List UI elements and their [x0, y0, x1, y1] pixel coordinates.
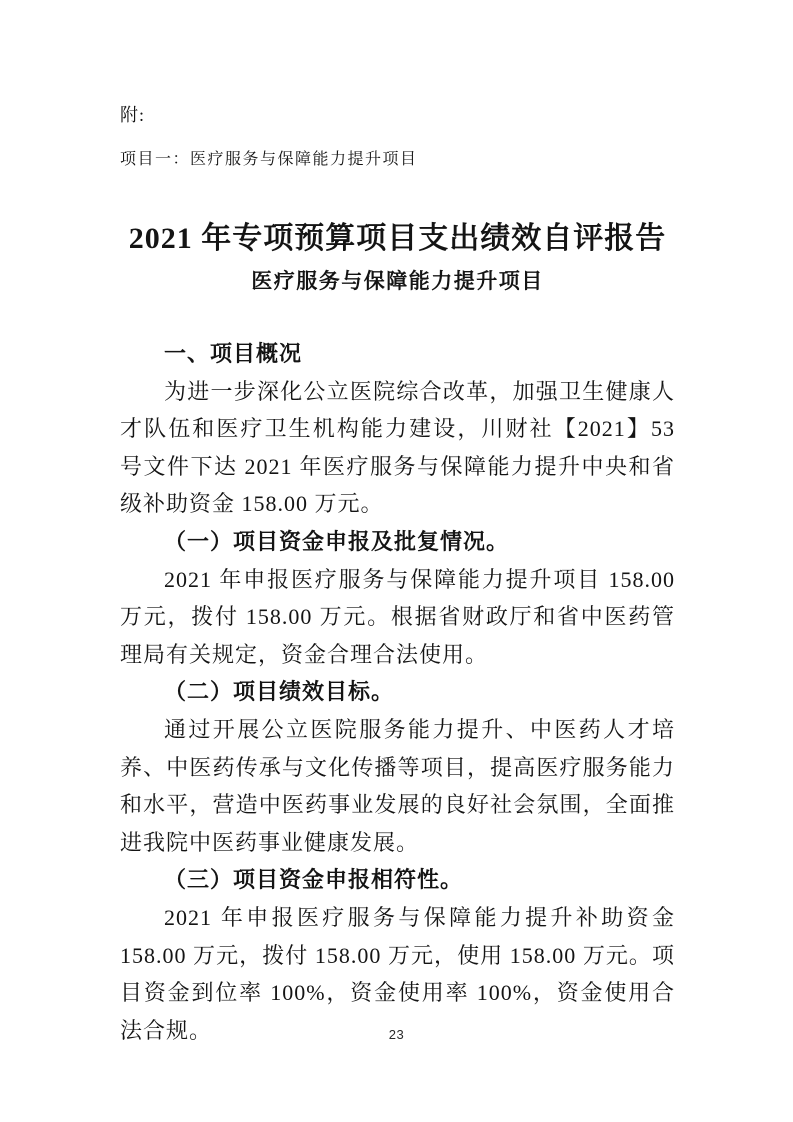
project-caption: 项目一：医疗服务与保障能力提升项目 [120, 148, 675, 172]
section-heading-overview: 一、项目概况 [120, 335, 675, 373]
report-subtitle: 医疗服务与保障能力提升项目 [120, 266, 675, 298]
paragraph-performance-goal: 通过开展公立医院服务能力提升、中医药人才培养、中医药传承与文化传播等项目，提高医… [120, 711, 675, 861]
paragraph-funding-approval: 2021 年申报医疗服务与保障能力提升项目 158.00 万元，拨付 158.0… [120, 561, 675, 674]
attachment-label: 附: [120, 102, 675, 128]
report-title: 2021 年专项预算项目支出绩效自评报告 [120, 218, 675, 260]
paragraph-overview: 为进一步深化公立医院综合改革，加强卫生健康人才队伍和医疗卫生机构能力建设，川财社… [120, 373, 675, 523]
section-heading-fund-conformity: （三）项目资金申报相符性。 [120, 861, 675, 899]
report-body: 一、项目概况 为进一步深化公立医院综合改革，加强卫生健康人才队伍和医疗卫生机构能… [120, 335, 675, 1049]
section-heading-performance-goal: （二）项目绩效目标。 [120, 673, 675, 711]
section-heading-funding-approval: （一）项目资金申报及批复情况。 [120, 523, 675, 561]
page-number: 23 [0, 1027, 793, 1042]
document-page: 附: 项目一：医疗服务与保障能力提升项目 2021 年专项预算项目支出绩效自评报… [0, 0, 793, 1122]
